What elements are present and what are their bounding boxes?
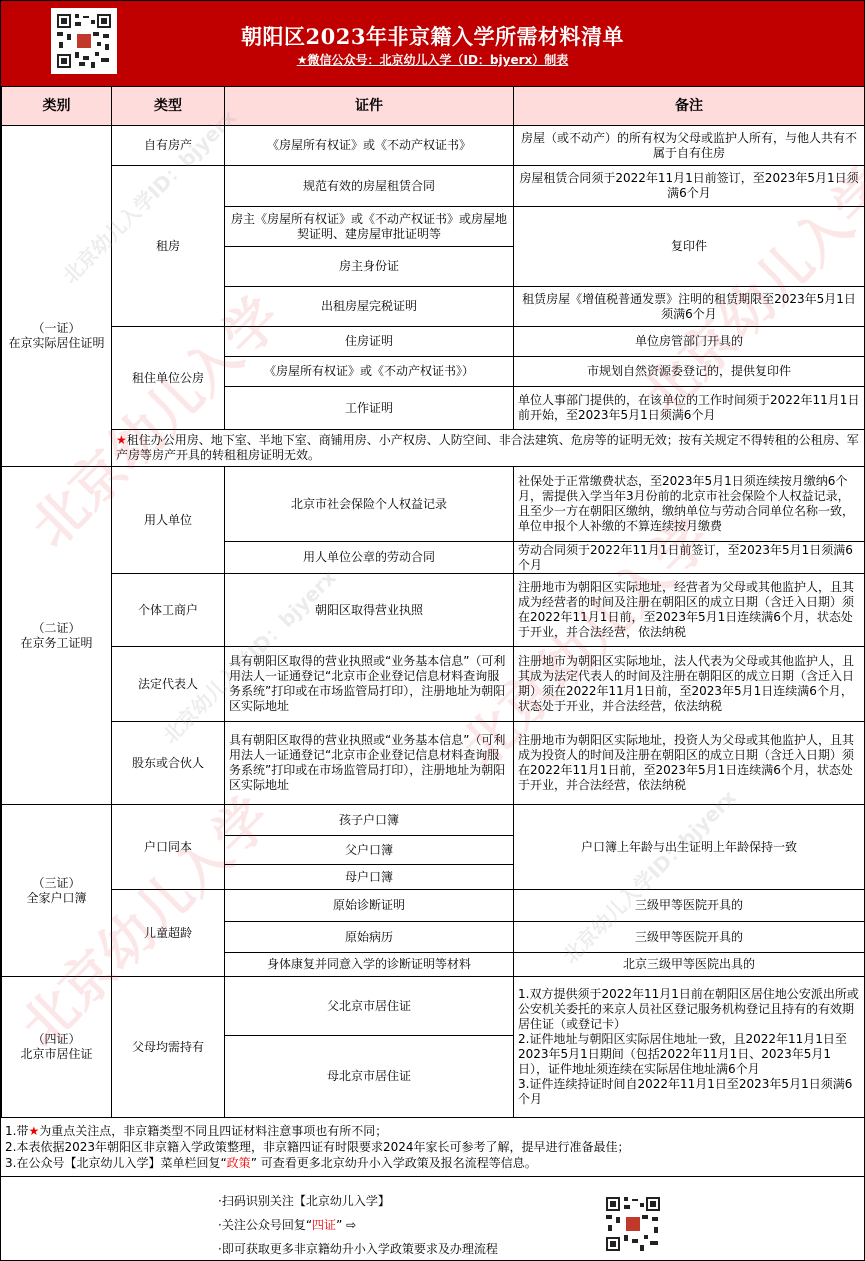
table-row: 租房 规范有效的房屋租赁合同 房屋租赁合同须于2022年11月1日前签订，至20… <box>2 166 865 207</box>
warning-text: 租住办公用房、地下室、半地下室、商铺用房、小产权房、人防空间、非合法建筑、危房等… <box>116 433 859 462</box>
document-cell: 具有朝阳区取得的营业执照或“业务基本信息”（可利用法人一证通登记“北京市企业登记… <box>225 647 514 722</box>
col-header-type: 类型 <box>112 87 225 126</box>
table-header-row: 类别 类型 证件 备注 <box>2 87 865 126</box>
materials-checklist-page: 朝阳区2023年非京籍入学所需材料清单 ★微信公众号：北京幼儿入学（ID：bjy… <box>0 0 865 1261</box>
footer: ·扫码识别关注【北京幼儿入学】 ·关注公众号回复“四证” ⇨ ·即可获取更多非京… <box>1 1176 864 1261</box>
col-header-remark: 备注 <box>514 87 865 126</box>
warning-cell: ★租住办公用房、地下室、半地下室、商铺用房、小产权房、人防空间、非合法建筑、危房… <box>112 430 865 467</box>
document-cell: 房主身份证 <box>225 247 514 287</box>
category-cell: （三证） 全家户口簿 <box>2 805 112 977</box>
type-cell: 户口同本 <box>112 805 225 890</box>
footer-text: ·关注公众号回复“ <box>218 1218 312 1232</box>
col-header-document: 证件 <box>225 87 514 126</box>
document-cell: 孩子户口簿 <box>225 805 514 836</box>
footnote-text: 为重点关注点，非京籍类型不同且四证材料注意事项也有所不同； <box>39 1124 387 1138</box>
star-icon: ★ <box>116 433 127 447</box>
remark-cell: 房屋租赁合同须于2022年11月1日前签订，至2023年5月1日须满6个月 <box>514 166 865 207</box>
remark-cell: 户口簿上年龄与出生证明上年龄保持一致 <box>514 805 865 890</box>
type-cell: 租住单位公房 <box>112 327 225 430</box>
col-header-category: 类别 <box>2 87 112 126</box>
type-cell: 父母均需持有 <box>112 977 225 1118</box>
document-cell: 出租房屋完税证明 <box>225 287 514 327</box>
page-title: 朝阳区2023年非京籍入学所需材料清单 <box>1 21 864 51</box>
document-cell: 身体康复并同意入学的诊断证明等材料 <box>225 953 514 977</box>
document-cell: 北京市社会保险个人权益记录 <box>225 467 514 542</box>
document-cell: 父户口簿 <box>225 836 514 865</box>
remark-cell: 1.双方提供须于2022年11月1日前在朝阳区居住地公安派出所或公安机关委托的来… <box>514 977 865 1118</box>
remark-cell: 租赁房屋《增值税普通发票》注明的租赁期限至2023年5月1日须满6个月 <box>514 287 865 327</box>
document-cell: 房主《房屋所有权证》或《不动产权证书》或房屋地契证明、建房屋审批证明等 <box>225 207 514 247</box>
table-row: （三证） 全家户口簿 户口同本 孩子户口簿 户口簿上年龄与出生证明上年龄保持一致 <box>2 805 865 836</box>
document-cell: 母北京市居住证 <box>225 1036 514 1118</box>
category-cell: （一证） 在京实际居住证明 <box>2 126 112 467</box>
table-row: 租住单位公房 住房证明 单位房管部门开具的 <box>2 327 865 357</box>
document-cell: 朝阳区取得营业执照 <box>225 574 514 647</box>
remark-cell: 单位房管部门开具的 <box>514 327 865 357</box>
footer-line-3: ·即可获取更多非京籍幼升小入学政策要求及办理流程 <box>218 1237 498 1261</box>
remark-cell: 三级甲等医院开具的 <box>514 890 865 922</box>
qr-code-icon <box>604 1195 662 1253</box>
type-cell: 用人单位 <box>112 467 225 574</box>
document-cell: 原始病历 <box>225 922 514 953</box>
footnote-text: ” 可查看更多北京幼升小入学政策及报名流程等信息。 <box>251 1156 537 1170</box>
type-cell: 儿童超龄 <box>112 890 225 977</box>
remark-cell: 注册地市为朝阳区实际地址，经营者为父母或其他监护人，且其成为经营者的时间及注册在… <box>514 574 865 647</box>
document-cell: 具有朝阳区取得的营业执照或“业务基本信息”（可利用法人一证通登记“北京市企业登记… <box>225 722 514 805</box>
document-cell: 母户口簿 <box>225 865 514 890</box>
remark-cell: 复印件 <box>514 207 865 287</box>
remark-cell: 单位人事部门提供的，在该单位的工作时间须于2022年11月1日前开始，至2023… <box>514 387 865 430</box>
table-row: （一证） 在京实际居住证明 自有房产 《房屋所有权证》或《不动产权证书》 房屋（… <box>2 126 865 166</box>
type-cell: 股东或合伙人 <box>112 722 225 805</box>
footnote-2: 2.本表依据2023年朝阳区非京籍入学政策整理，非京籍四证有时限要求2024年家… <box>5 1139 860 1155</box>
document-cell: 住房证明 <box>225 327 514 357</box>
remark-cell: 北京三级甲等医院出具的 <box>514 953 865 977</box>
footnote-text: 1.带 <box>5 1124 28 1138</box>
table-row: 法定代表人 具有朝阳区取得的营业执照或“业务基本信息”（可利用法人一证通登记“北… <box>2 647 865 722</box>
document-cell: 《房屋所有权证》或《不动产权证书》） <box>225 357 514 387</box>
document-cell: 用人单位公章的劳动合同 <box>225 542 514 574</box>
remark-cell: 房屋（或不动产）的所有权为父母或监护人所有，与他人共有不属于自有住房 <box>514 126 865 166</box>
keyword-policy: 政策 <box>227 1156 251 1170</box>
footer-line-2: ·关注公众号回复“四证” ⇨ <box>218 1213 498 1237</box>
table-row: 儿童超龄 原始诊断证明 三级甲等医院开具的 <box>2 890 865 922</box>
document-cell: 工作证明 <box>225 387 514 430</box>
remark-cell: 社保处于正常缴费状态，至2023年5月1日须连续按月缴纳6个月，需提供入学当年3… <box>514 467 865 542</box>
footer-line-1: ·扫码识别关注【北京幼儿入学】 <box>218 1189 498 1213</box>
footnote-text: 3.在公众号【北京幼儿入学】菜单栏回复“ <box>5 1156 227 1170</box>
table-row: 个体工商户 朝阳区取得营业执照 注册地市为朝阳区实际地址，经营者为父母或其他监护… <box>2 574 865 647</box>
footer-instructions: ·扫码识别关注【北京幼儿入学】 ·关注公众号回复“四证” ⇨ ·即可获取更多非京… <box>218 1189 498 1261</box>
type-cell: 租房 <box>112 166 225 327</box>
star-icon: ★ <box>28 1124 39 1138</box>
header-banner: 朝阳区2023年非京籍入学所需材料清单 ★微信公众号：北京幼儿入学（ID：bjy… <box>1 1 864 86</box>
footnotes: 1.带★为重点关注点，非京籍类型不同且四证材料注意事项也有所不同； 2.本表依据… <box>1 1117 864 1176</box>
page-subtitle: ★微信公众号：北京幼儿入学（ID：bjyerx）制表 <box>1 51 864 68</box>
type-cell: 自有房产 <box>112 126 225 166</box>
footnote-3: 3.在公众号【北京幼儿入学】菜单栏回复“政策” 可查看更多北京幼升小入学政策及报… <box>5 1155 860 1171</box>
category-cell: （四证） 北京市居住证 <box>2 977 112 1118</box>
document-cell: 原始诊断证明 <box>225 890 514 922</box>
arrow-right-icon: ⇨ <box>346 1218 356 1232</box>
document-cell: 《房屋所有权证》或《不动产权证书》 <box>225 126 514 166</box>
remark-cell: 注册地市为朝阳区实际地址，投资人为父母或其他监护人，且其成为投资人的时间及注册在… <box>514 722 865 805</box>
footer-text: ” <box>336 1218 342 1232</box>
remark-cell: 注册地市为朝阳区实际地址，法人代表为父母或其他监护人，且其成为法定代表人的时间及… <box>514 647 865 722</box>
remark-cell: 三级甲等医院开具的 <box>514 922 865 953</box>
table-row: 股东或合伙人 具有朝阳区取得的营业执照或“业务基本信息”（可利用法人一证通登记“… <box>2 722 865 805</box>
remark-cell: 市规划自然资源委登记的，提供复印件 <box>514 357 865 387</box>
document-cell: 父北京市居住证 <box>225 977 514 1036</box>
materials-table: 类别 类型 证件 备注 （一证） 在京实际居住证明 自有房产 《房屋所有权证》或… <box>1 86 865 1118</box>
footnote-1: 1.带★为重点关注点，非京籍类型不同且四证材料注意事项也有所不同； <box>5 1123 860 1139</box>
category-cell: （二证） 在京务工证明 <box>2 467 112 805</box>
table-row: （四证） 北京市居住证 父母均需持有 父北京市居住证 1.双方提供须于2022年… <box>2 977 865 1036</box>
warning-row: ★租住办公用房、地下室、半地下室、商铺用房、小产权房、人防空间、非合法建筑、危房… <box>2 430 865 467</box>
type-cell: 法定代表人 <box>112 647 225 722</box>
remark-cell: 劳动合同须于2022年11月1日前签订，至2023年5月1日须满6个月 <box>514 542 865 574</box>
table-row: （二证） 在京务工证明 用人单位 北京市社会保险个人权益记录 社保处于正常缴费状… <box>2 467 865 542</box>
keyword-four-certs: 四证 <box>312 1218 336 1232</box>
document-cell: 规范有效的房屋租赁合同 <box>225 166 514 207</box>
type-cell: 个体工商户 <box>112 574 225 647</box>
